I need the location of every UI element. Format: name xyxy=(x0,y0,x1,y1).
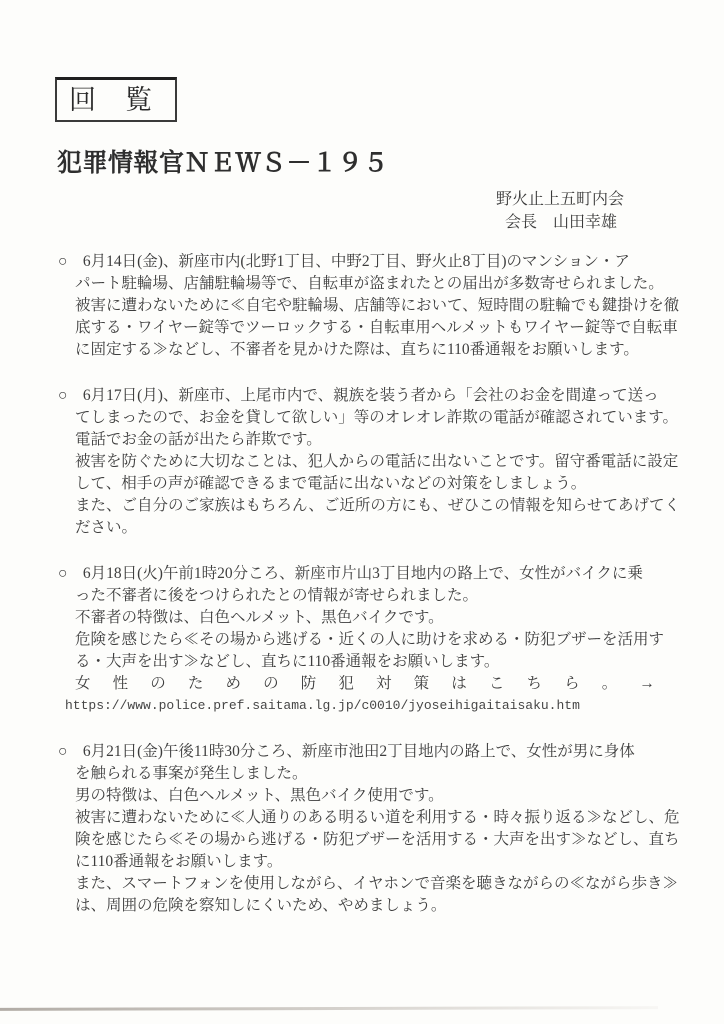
text-line: 険を感じたら≪その場から逃げる・防犯ブザーを活用する・大声を出す≫などし、直ち xyxy=(75,829,670,851)
text-line: は、周囲の危険を察知しにくいため、やめましょう。 xyxy=(75,895,670,917)
text-line: に固定する≫などし、不審者を見かけた際は、直ちに110番通報をお願いします。 xyxy=(75,339,670,361)
text-line: 不審者の特徴は、白色ヘルメット、黒色バイクです。 xyxy=(75,607,670,629)
text-line: また、ご自分のご家族はもちろん、ご近所の方にも、ぜひこの情報を知らせてあげてく xyxy=(75,495,670,517)
text-line: ○ 6月18日(火)午前1時20分ころ、新座市片山3丁目地内の路上で、女性がバイ… xyxy=(75,563,670,585)
stamp-label: 回 覧 xyxy=(69,87,153,114)
text-line: 底する・ワイヤー錠等でツーロックする・自転車用ヘルメットもワイヤー錠等で自転車 xyxy=(75,317,670,339)
text-line: ○ 6月17日(月)、新座市、上尾市内で、親族を装う者から「会社のお金を間違って… xyxy=(75,385,670,407)
text-line: てしまったので、お金を貸して欲しい」等のオレオレ詐欺の電話が確認されています。 xyxy=(75,407,670,429)
bulletin-item-groping: ○ 6月21日(金)午後11時30分ころ、新座市池田2丁目地内の路上で、女性が男… xyxy=(75,741,670,917)
text-line: った不審者に後をつけられたとの情報が寄せられました。 xyxy=(75,585,670,607)
bulletin-list: ○ 6月14日(金)、新座市内(北野1丁目、中野2丁目、野火止8丁目)のマンショ… xyxy=(58,251,670,941)
bulletin-item-bicycle-theft: ○ 6月14日(金)、新座市内(北野1丁目、中野2丁目、野火止8丁目)のマンショ… xyxy=(75,251,670,361)
text-line: 電話でお金の話が出たら詐欺です。 xyxy=(75,429,670,451)
text-line: 危険を感じたら≪その場から逃げる・近くの人に助けを求める・防犯ブザーを活用す xyxy=(75,629,670,651)
document-page: 回 覧 犯罪情報官ＮＥＷＳ－１９５ 野火止上五町内会 会長 山田幸雄 ○ 6月1… xyxy=(0,0,724,1024)
bulletin-item-stalker: ○ 6月18日(火)午前1時20分ころ、新座市片山3丁目地内の路上で、女性がバイ… xyxy=(75,563,670,717)
safety-url-text: https://www.police.pref.saitama.lg.jp/c0… xyxy=(65,695,670,717)
text-line: 被害を防ぐために大切なことは、犯人からの電話に出ないことです。留守番電話に設定 xyxy=(75,451,670,473)
sender-block: 野火止上五町内会 会長 山田幸雄 xyxy=(0,188,724,234)
circulation-stamp: 回 覧 xyxy=(55,77,177,122)
text-line: 被害に遭わないために≪自宅や駐輪場、店舗等において、短時間の駐輪でも鍵掛けを徹 xyxy=(75,295,670,317)
document-title: 犯罪情報官ＮＥＷＳ－１９５ xyxy=(57,143,389,179)
text-line: パート駐輪場、店舗駐輪場等で、自転車が盗まれたとの届出が多数寄せられました。 xyxy=(75,273,670,295)
text-line: る・大声を出す≫などし、直ちに110番通報をお願いします。 xyxy=(75,651,670,673)
bulletin-item-phone-scam: ○ 6月17日(月)、新座市、上尾市内で、親族を装う者から「会社のお金を間違って… xyxy=(75,385,670,539)
scan-bottom-edge-artifact xyxy=(0,1006,658,1011)
text-line: ださい。 xyxy=(75,517,670,539)
women-safety-link-line: 女性のための防犯対策はこちら。→ xyxy=(75,673,655,695)
text-line: して、相手の声が確認できるまで電話に出ないなどの対策をしましょう。 xyxy=(75,473,670,495)
text-line: ○ 6月21日(金)午後11時30分ころ、新座市池田2丁目地内の路上で、女性が男… xyxy=(75,741,670,763)
association-name: 野火止上五町内会 xyxy=(0,188,724,211)
chairman-name: 会長 山田幸雄 xyxy=(0,211,724,234)
text-line: ○ 6月14日(金)、新座市内(北野1丁目、中野2丁目、野火止8丁目)のマンショ… xyxy=(75,251,670,273)
text-line: を触られる事案が発生しました。 xyxy=(75,763,670,785)
text-line: また、スマートフォンを使用しながら、イヤホンで音楽を聴きながらの≪ながら歩き≫ xyxy=(75,873,670,895)
text-line: 男の特徴は、白色ヘルメット、黒色バイク使用です。 xyxy=(75,785,670,807)
text-line: に110番通報をお願いします。 xyxy=(75,851,670,873)
text-line: 被害に遭わないために≪人通りのある明るい道を利用する・時々振り返る≫などし、危 xyxy=(75,807,670,829)
